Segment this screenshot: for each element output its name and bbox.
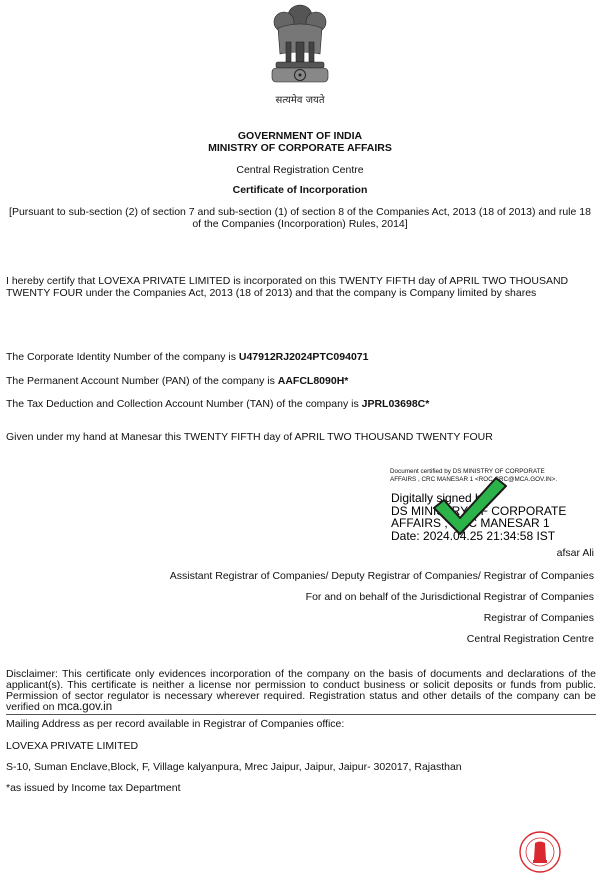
mailing-address: S-10, Suman Enclave,Block, F, Village ka… (6, 761, 462, 773)
signer-name: afsar Ali (557, 547, 594, 559)
disclaimer: Disclaimer: This certificate only eviden… (6, 669, 596, 713)
centre-name: Central Registration Centre (0, 164, 600, 176)
designation-line2: For and on behalf of the Jurisdictional … (306, 591, 594, 603)
mca-link[interactable]: mca.gov.in (57, 701, 112, 713)
mailing-company: LOVEXA PRIVATE LIMITED (6, 740, 138, 752)
designation-line1: Assistant Registrar of Companies/ Deputy… (170, 570, 594, 582)
emblem-motto: सत्यमेव जयते (260, 92, 340, 106)
tan-line: The Tax Deduction and Collection Account… (6, 398, 429, 410)
cin-value: U47912RJ2024PTC094071 (239, 351, 369, 363)
government-title: GOVERNMENT OF INDIA (0, 130, 600, 142)
header-government: GOVERNMENT OF INDIA MINISTRY OF CORPORAT… (0, 130, 600, 154)
given-under-hand: Given under my hand at Manesar this TWEN… (6, 431, 493, 443)
green-checkmark-icon (430, 474, 510, 538)
mca-seal-icon (518, 830, 562, 873)
tan-label: The Tax Deduction and Collection Account… (6, 398, 362, 410)
national-emblem-icon (262, 2, 338, 90)
certificate-title: Certificate of Incorporation (0, 184, 600, 196)
certify-paragraph: I hereby certify that LOVEXA PRIVATE LIM… (6, 275, 596, 299)
cin-label: The Corporate Identity Number of the com… (6, 351, 239, 363)
pursuant-clause: [Pursuant to sub-section (2) of section … (4, 206, 596, 230)
pan-label: The Permanent Account Number (PAN) of th… (6, 375, 278, 387)
ministry-title: MINISTRY OF CORPORATE AFFAIRS (0, 142, 600, 154)
footnote: *as issued by Income tax Department (6, 782, 181, 794)
designation-line3: Registrar of Companies (484, 612, 594, 624)
pan-value: AAFCL8090H* (278, 375, 349, 387)
cin-line: The Corporate Identity Number of the com… (6, 351, 368, 363)
tan-value: JPRL03698C* (362, 398, 430, 410)
mailing-heading: Mailing Address as per record available … (6, 718, 344, 730)
designation-line4: Central Registration Centre (467, 633, 594, 645)
pan-line: The Permanent Account Number (PAN) of th… (6, 375, 348, 387)
divider (6, 714, 596, 715)
